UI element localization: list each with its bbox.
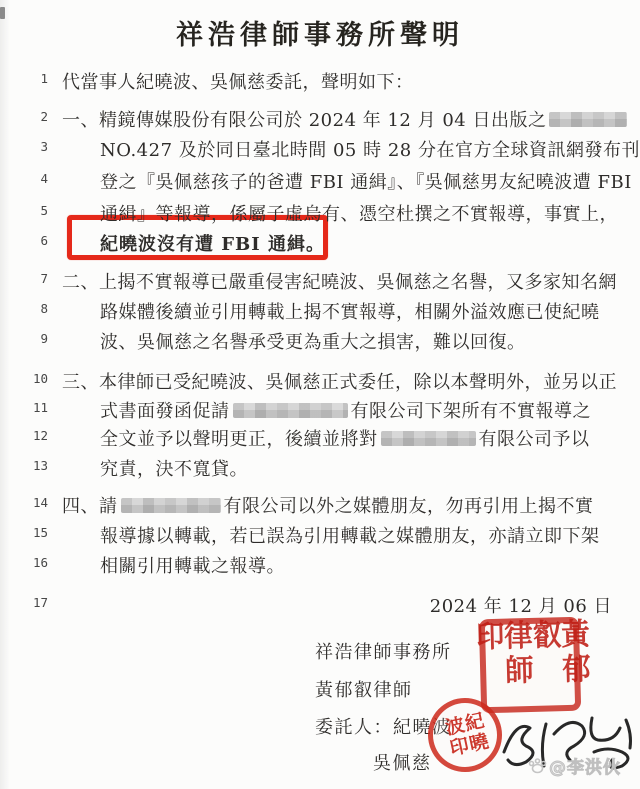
text-segment: 有限公司予以 [479,429,590,450]
line-text: 通緝』等報導，係屬子虛烏有、憑空杜撰之不實報導，事實上， [100,200,618,226]
scanned-statement-page: 祥浩律師事務所聲明 1代當事人紀曉波、吳佩慈委託，聲明如下：2一、精鏡傳媒股份有… [0,0,640,789]
text-segment: 究責，決不寬貸。 [100,459,248,480]
line-number: 8 [26,301,48,316]
seal-text-column: 律師印 [472,619,531,712]
document-line: 10三、本律師已受紀曉波、吳佩慈正式委任，除以本聲明外，並另以正 [0,368,640,394]
document-line: 2一、精鏡傳媒股份有限公司於 2024 年 12 月 04 日出版之 [0,106,640,132]
document-line: 5通緝』等報導，係屬子虛烏有、憑空杜撰之不實報導，事實上， [0,200,640,226]
redacted-blur [233,403,348,418]
line-number: 1 [26,71,48,86]
text-segment: 波、吳佩慈之名譽承受更為重大之損害，難以回復。 [100,332,526,353]
line-text: 四、請有限公司以外之媒體朋友，勿再引用上揭不實 [62,492,594,518]
line-number: 4 [26,171,48,186]
document-line: 15報導據以轉載，若已誤為引用轉載之媒體朋友，亦請立即下架 [0,522,640,548]
redacted-blur [549,112,627,127]
document-line: 172024 年 12 月 06 日 [0,592,640,618]
line-number: 5 [26,203,48,218]
watermark-text: @李洪伙 [549,753,621,778]
line-text: 三、本律師已受紀曉波、吳佩慈正式委任，除以本聲明外，並另以正 [62,368,617,394]
document-line: 12全文並予以聲明更正，後續並將對有限公司予以 [0,425,640,451]
document-line: 1代當事人紀曉波、吳佩慈委託，聲明如下： [0,68,640,94]
closing-lawyer-name: 黃郁叡律師 [315,676,413,702]
line-text: 一、精鏡傳媒股份有限公司於 2024 年 12 月 04 日出版之 [62,106,630,132]
document-line: 11式書面發函促請有限公司下架所有不實報導之 [0,397,640,423]
text-segment: 式書面發函促請 [100,401,230,422]
line-text: 紀曉波沒有遭 FBI 通緝。 [100,230,325,256]
line-text: 式書面發函促請有限公司下架所有不實報導之 [100,397,591,423]
line-number: 17 [26,595,48,610]
paw-icon [528,757,547,774]
text-segment: 代當事人紀曉波、吳佩慈委託，聲明如下： [62,72,414,93]
document-line: 4登之『吳佩慈孩子的爸遭 FBI 通緝』、『吳佩慈男友紀曉波遭 FBI [0,168,640,194]
line-text: 登之『吳佩慈孩子的爸遭 FBI 通緝』、『吳佩慈男友紀曉波遭 FBI [100,168,632,194]
date-line: 2024 年 12 月 06 日 [430,592,612,618]
text-segment: 路媒體後續並引用轉載上揭不實報導，相關外溢效應已使紀曉 [100,302,600,323]
redacted-blur [381,431,476,446]
document-line: 3NO.427 及於同日臺北時間 05 時 28 分在官方全球資訊網發布刊 [0,136,640,162]
line-text: 究責，決不寬貸。 [100,455,248,481]
line-number: 9 [26,331,48,346]
line-number: 15 [26,525,48,540]
redacted-blur [121,498,221,513]
line-number: 13 [26,458,48,473]
line-text: 報導據以轉載，若已誤為引用轉載之媒體朋友，亦請立即下架 [100,522,600,548]
text-segment: NO.427 及於同日臺北時間 05 時 28 分在官方全球資訊網發布刊 [100,140,640,161]
line-number: 16 [26,555,48,570]
line-number: 2 [26,109,48,124]
document-line: 6紀曉波沒有遭 FBI 通緝。 [0,230,640,256]
line-text: NO.427 及於同日臺北時間 05 時 28 分在官方全球資訊網發布刊 [100,136,640,162]
closing-client-name: 吳佩慈 [373,749,432,775]
line-number: 12 [26,428,48,443]
text-segment: 四、請 [62,496,118,517]
line-text: 全文並予以聲明更正，後續並將對有限公司予以 [100,425,590,451]
document-line: 16相關引用轉載之報導。 [0,552,640,578]
text-segment: 報導據以轉載，若已誤為引用轉載之媒體朋友，亦請立即下架 [100,526,600,547]
lawyer-square-seal: 黃郁叡 律師印 [479,617,581,714]
text-segment: 有限公司以外之媒體朋友，勿再引用上揭不實 [224,496,594,517]
line-text: 波、吳佩慈之名譽承受更為重大之損害，難以回復。 [100,328,526,354]
text-segment: 有限公司下架所有不實報導之 [351,401,592,422]
watermark: @李洪伙 [528,753,621,778]
line-number: 10 [26,371,48,386]
line-number: 14 [26,495,48,510]
document-line: 14四、請有限公司以外之媒體朋友，勿再引用上揭不實 [0,492,640,518]
text-segment: 通緝』等報導，係屬子虛烏有、憑空杜撰之不實報導，事實上， [100,204,618,225]
text-segment: 相關引用轉載之報導。 [100,556,285,577]
document-title: 祥浩律師事務所聲明 [0,13,640,52]
line-number: 11 [26,400,48,415]
text-segment: 三、本律師已受紀曉波、吳佩慈正式委任，除以本聲明外，並另以正 [62,372,617,393]
text-segment: 二、上揭不實報導已嚴重侵害紀曉波、吳佩慈之名譽，又多家知名網 [62,272,617,293]
line-number: 7 [26,271,48,286]
text-segment: 紀曉波沒有遭 FBI 通緝。 [100,234,325,255]
line-number: 6 [26,233,48,248]
document-line: 9波、吳佩慈之名譽承受更為重大之損害，難以回復。 [0,328,640,354]
text-segment: 登之『吳佩慈孩子的爸遭 FBI 通緝』、『吳佩慈男友紀曉波遭 FBI [100,172,632,193]
document-line: 13究責，決不寬貸。 [0,455,640,481]
line-text: 相關引用轉載之報導。 [100,552,285,578]
seal-text-column: 黃郁叡 [529,618,588,711]
closing-firm-name: 祥浩律師事務所 [315,638,452,664]
text-segment: 一、精鏡傳媒股份有限公司於 2024 年 12 月 04 日出版之 [62,110,546,131]
line-text: 路媒體後續並引用轉載上揭不實報導，相關外溢效應已使紀曉 [100,298,600,324]
document-line: 8路媒體後續並引用轉載上揭不實報導，相關外溢效應已使紀曉 [0,298,640,324]
line-number: 3 [26,139,48,154]
line-text: 代當事人紀曉波、吳佩慈委託，聲明如下： [62,68,414,94]
line-text: 二、上揭不實報導已嚴重侵害紀曉波、吳佩慈之名譽，又多家知名網 [62,268,617,294]
document-line: 7二、上揭不實報導已嚴重侵害紀曉波、吳佩慈之名譽，又多家知名網 [0,268,640,294]
text-segment: 全文並予以聲明更正，後續並將對 [100,429,378,450]
text-segment: 2024 年 12 月 06 日 [430,596,612,617]
